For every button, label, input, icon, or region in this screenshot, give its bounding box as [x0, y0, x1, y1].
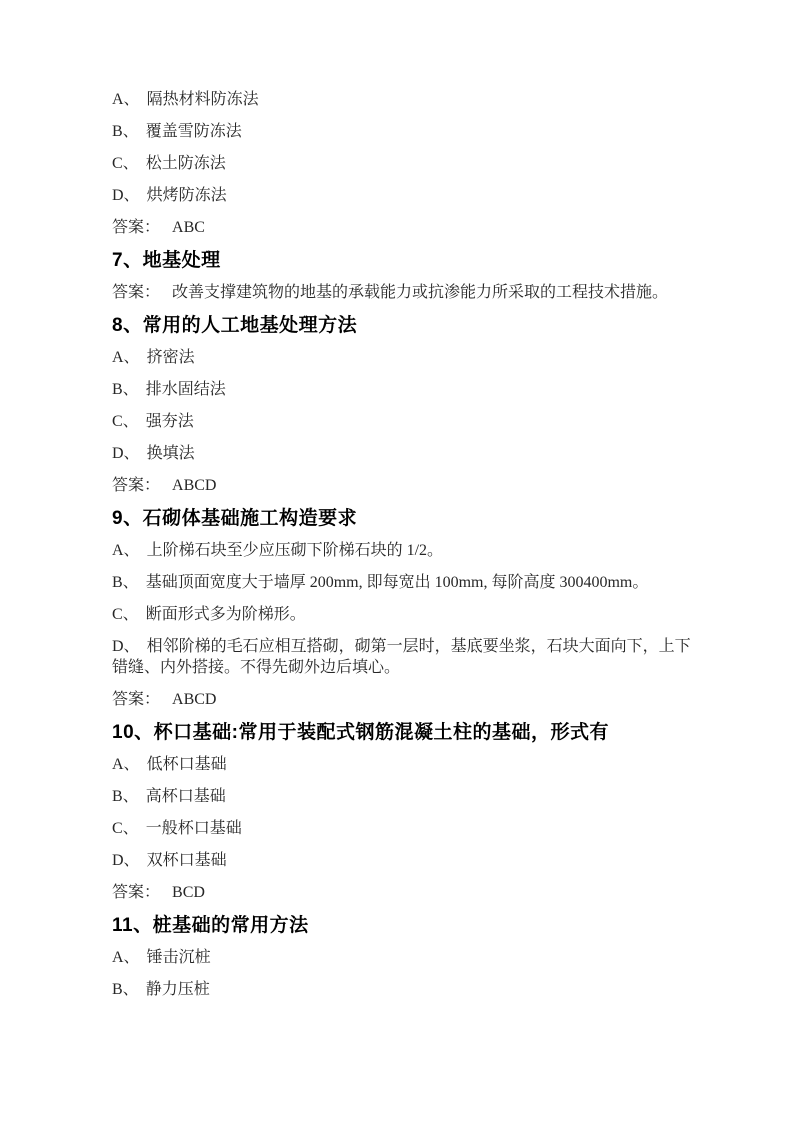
option-letter: A、 — [112, 542, 140, 559]
option-text: 排水固结法 — [146, 381, 226, 398]
option-text: 挤密法 — [147, 349, 195, 366]
answer-value: ABC — [172, 219, 205, 236]
option-text: 双杯口基础 — [147, 852, 227, 869]
option-text: 高杯口基础 — [146, 788, 226, 805]
option-text: 锤击沉桩 — [147, 949, 211, 966]
option-letter: A、 — [112, 91, 140, 108]
option-text: 松土防冻法 — [146, 155, 226, 172]
answer-line: 答案：改善支撑建筑物的地基的承载能力或抗渗能力所采取的工程技术措施。 — [112, 282, 693, 303]
answer-line: 答案：ABCD — [112, 475, 693, 496]
option-letter: A、 — [112, 949, 140, 966]
answer-line: 答案：ABC — [112, 217, 693, 238]
option-line: C、强夯法 — [112, 411, 693, 432]
option-text: 换填法 — [147, 445, 195, 462]
option-letter: C、 — [112, 155, 139, 172]
answer-value: 改善支撑建筑物的地基的承载能力或抗渗能力所采取的工程技术措施。 — [172, 284, 668, 301]
option-letter: D、 — [112, 638, 140, 655]
option-text: 隔热材料防冻法 — [147, 91, 259, 108]
option-line: B、基础顶面宽度大于墙厚 200mm, 即每宽出 100mm, 每阶高度 300… — [112, 572, 693, 593]
option-line: D、相邻阶梯的毛石应相互搭砌，砌第一层时，基底要坐浆，石块大面向下，上下错缝、内… — [112, 636, 693, 678]
answer-line: 答案：BCD — [112, 882, 693, 903]
option-letter: B、 — [112, 123, 139, 140]
option-line: A、低杯口基础 — [112, 754, 693, 775]
document-page: A、隔热材料防冻法 B、覆盖雪防冻法 C、松土防冻法 D、烘烤防冻法 答案：AB… — [0, 0, 793, 1122]
answer-value: ABCD — [172, 477, 216, 494]
option-line: B、高杯口基础 — [112, 786, 693, 807]
option-letter: B、 — [112, 574, 139, 591]
option-line: C、松土防冻法 — [112, 153, 693, 174]
option-letter: D、 — [112, 187, 140, 204]
option-text: 强夯法 — [146, 413, 194, 430]
option-text: 上阶梯石块至少应压砌下阶梯石块的 1/2。 — [147, 542, 443, 559]
option-line: B、排水固结法 — [112, 379, 693, 400]
option-letter: B、 — [112, 381, 139, 398]
option-letter: D、 — [112, 852, 140, 869]
option-letter: D、 — [112, 445, 140, 462]
question-11: 11、桩基础的常用方法 A、锤击沉桩 B、静力压桩 — [112, 914, 693, 1000]
option-line: C、断面形式多为阶梯形。 — [112, 604, 693, 625]
answer-line: 答案：ABCD — [112, 689, 693, 710]
option-letter: B、 — [112, 788, 139, 805]
option-line: B、静力压桩 — [112, 979, 693, 1000]
question-heading: 11、桩基础的常用方法 — [112, 914, 693, 938]
answer-value: BCD — [172, 884, 205, 901]
answer-label: 答案： — [112, 477, 160, 494]
answer-value: ABCD — [172, 691, 216, 708]
option-line: A、隔热材料防冻法 — [112, 89, 693, 110]
question-7: 7、地基处理 答案：改善支撑建筑物的地基的承载能力或抗渗能力所采取的工程技术措施… — [112, 249, 693, 303]
answer-label: 答案： — [112, 284, 160, 301]
option-letter: A、 — [112, 349, 140, 366]
option-text: 一般杯口基础 — [146, 820, 242, 837]
option-line: D、烘烤防冻法 — [112, 185, 693, 206]
answer-label: 答案： — [112, 219, 160, 236]
option-letter: A、 — [112, 756, 140, 773]
question-8: 8、常用的人工地基处理方法 A、挤密法 B、排水固结法 C、强夯法 D、换填法 … — [112, 314, 693, 496]
option-line: B、覆盖雪防冻法 — [112, 121, 693, 142]
option-text: 烘烤防冻法 — [147, 187, 227, 204]
option-line: A、上阶梯石块至少应压砌下阶梯石块的 1/2。 — [112, 540, 693, 561]
option-letter: C、 — [112, 820, 139, 837]
option-text: 低杯口基础 — [147, 756, 227, 773]
question-10: 10、杯口基础:常用于装配式钢筋混凝土柱的基础，形式有 A、低杯口基础 B、高杯… — [112, 721, 693, 903]
option-line: D、换填法 — [112, 443, 693, 464]
question-heading: 7、地基处理 — [112, 249, 693, 273]
option-letter: C、 — [112, 606, 139, 623]
question-heading: 8、常用的人工地基处理方法 — [112, 314, 693, 338]
option-text: 相邻阶梯的毛石应相互搭砌，砌第一层时，基底要坐浆，石块大面向下，上下错缝、内外搭… — [112, 638, 691, 676]
question-9: 9、石砌体基础施工构造要求 A、上阶梯石块至少应压砌下阶梯石块的 1/2。 B、… — [112, 507, 693, 710]
question-6-options: A、隔热材料防冻法 B、覆盖雪防冻法 C、松土防冻法 D、烘烤防冻法 答案：AB… — [112, 89, 693, 238]
option-line: A、锤击沉桩 — [112, 947, 693, 968]
answer-label: 答案： — [112, 884, 160, 901]
question-heading: 9、石砌体基础施工构造要求 — [112, 507, 693, 531]
option-letter: C、 — [112, 413, 139, 430]
option-line: D、双杯口基础 — [112, 850, 693, 871]
option-line: C、一般杯口基础 — [112, 818, 693, 839]
option-text: 覆盖雪防冻法 — [146, 123, 242, 140]
option-text: 静力压桩 — [146, 981, 210, 998]
answer-label: 答案： — [112, 691, 160, 708]
option-line: A、挤密法 — [112, 347, 693, 368]
option-letter: B、 — [112, 981, 139, 998]
question-heading: 10、杯口基础:常用于装配式钢筋混凝土柱的基础，形式有 — [112, 721, 693, 745]
option-text: 基础顶面宽度大于墙厚 200mm, 即每宽出 100mm, 每阶高度 30040… — [146, 574, 649, 591]
option-text: 断面形式多为阶梯形。 — [146, 606, 306, 623]
